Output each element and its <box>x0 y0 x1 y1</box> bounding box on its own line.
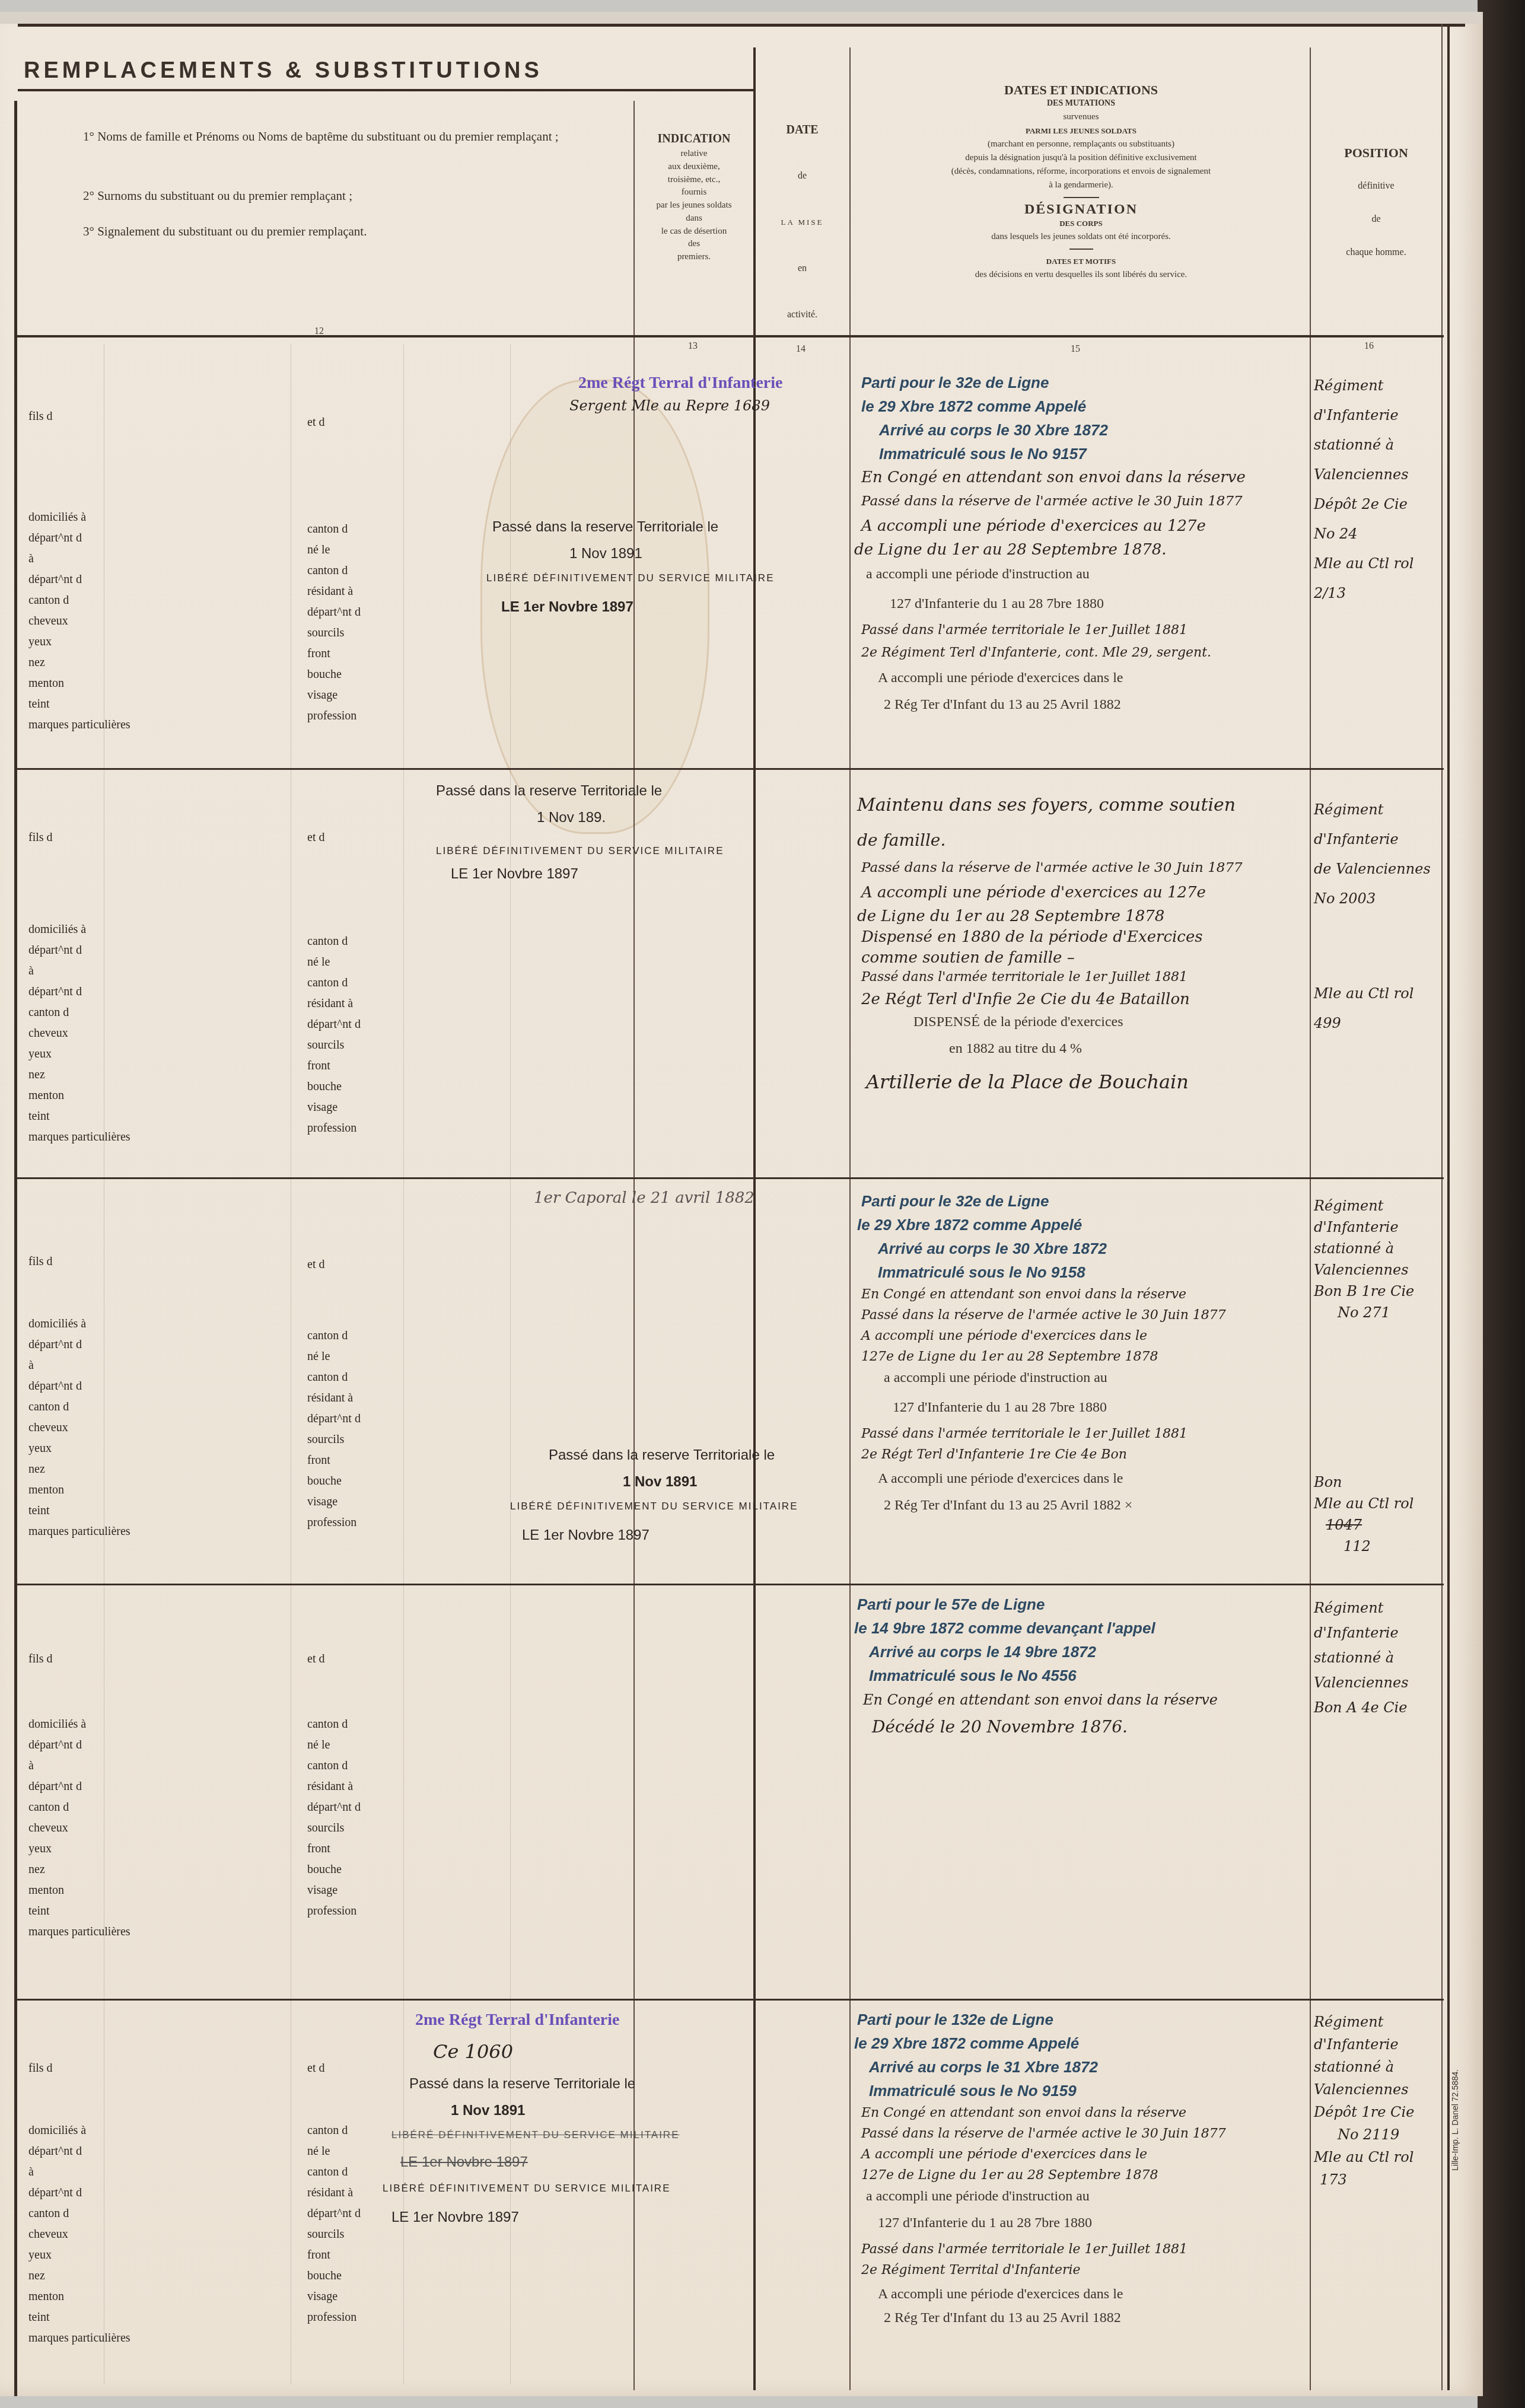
guide-line <box>291 344 291 2384</box>
col13-line: des <box>635 238 753 251</box>
col16-line: de <box>1312 203 1440 236</box>
label-fils: fils d <box>28 406 53 427</box>
position-text: Régimentd'Infanteriestationné àValencien… <box>1314 2011 1414 2191</box>
liberation-date: LE 1er Novbre 1897 <box>501 599 633 616</box>
frame-top <box>18 24 1465 27</box>
column-number: 14 <box>796 344 806 355</box>
row-separator <box>14 1999 1444 2001</box>
handwritten-annotation: Sergent Mle au Repre 1689 <box>569 397 770 414</box>
col13-line: par les jeunes soldats <box>635 199 753 212</box>
col14-title: DATE <box>756 107 848 153</box>
liberation-stamp: LIBÉRÉ DÉFINITIVEMENT DU SERVICE MILITAI… <box>510 1501 798 1512</box>
labels-right: canton dné lecanton drésidant àdépart^nt… <box>307 1326 361 1533</box>
label-et: et d <box>307 412 324 433</box>
liberation-stamp: LIBÉRÉ DÉFINITIVEMENT DU SERVICE MILITAI… <box>383 2183 670 2194</box>
column-number: 13 <box>688 341 698 352</box>
label-et: et d <box>307 827 324 848</box>
col13-line: relative <box>635 148 753 161</box>
position-text: Régimentd'Infanteriede ValenciennesNo 20… <box>1314 795 1431 1038</box>
col15-line: DATES ET MOTIFS <box>854 254 1308 268</box>
labels-right: canton dné lecanton drésidant àdépart^nt… <box>307 2120 361 2328</box>
col12-intro-2: 2° Surnoms du substituant ou du premier … <box>83 187 581 206</box>
liberation-stamp: LIBÉRÉ DÉFINITIVEMENT DU SERVICE MILITAI… <box>486 572 774 584</box>
labels-left: domiciliés àdépart^nt dàdépart^nt dcanto… <box>28 2120 130 2349</box>
liberation-date-struck: LE 1er Novbre 1897 <box>400 2154 528 2171</box>
labels-left: domiciliés àdépart^nt dàdépart^nt dcanto… <box>28 507 130 735</box>
col13-line: dans <box>635 212 753 225</box>
col15-line: DES CORPS <box>854 216 1308 230</box>
dispense-stamp: DISPENSÉ de la période d'exercices <box>913 1014 1123 1030</box>
col12-intro-3: 3° Signalement du substituant ou du prem… <box>83 222 581 241</box>
register-page: REMPLACEMENTS & SUBSTITUTIONS 1° Noms de… <box>0 12 1483 2396</box>
reserve-date: 1 Nov 189. <box>537 810 606 826</box>
frame-right-inner <box>1441 24 1443 2390</box>
reserve-date: 1 Nov 1891 <box>569 546 642 562</box>
label-et: et d <box>307 1649 324 1670</box>
death-note: Décédé le 20 Novembre 1876. <box>872 1717 1128 1737</box>
column-number: 16 <box>1364 341 1374 352</box>
position-text: Régimentd'Infanteriestationné àValencien… <box>1314 371 1413 608</box>
col15-line: à la gendarmerie). <box>854 179 1308 192</box>
reserve-date: 1 Nov 1891 <box>451 2103 525 2119</box>
col14-line: LA MISE <box>756 199 848 246</box>
col13-line: troisième, etc., <box>635 174 753 187</box>
col15-line: depuis la désignation jusqu'à la positio… <box>854 151 1308 165</box>
col13-line: fournis <box>635 186 753 199</box>
reserve-stamp: Passé dans la reserve Territoriale le <box>409 2076 635 2092</box>
col13-line: premiers. <box>635 251 753 264</box>
column-number: 12 <box>314 326 324 337</box>
header-bottom-rule <box>14 335 1444 337</box>
labels-left: domiciliés àdépart^nt dàdépart^nt dcanto… <box>28 1714 130 1942</box>
label-fils: fils d <box>28 827 53 848</box>
reserve-stamp: Passé dans la reserve Territoriale le <box>492 519 718 536</box>
liberation-date: LE 1er Novbre 1897 <box>522 1527 650 1544</box>
col15-header: DATES ET INDICATIONS DES MUTATIONS surve… <box>854 83 1308 282</box>
labels-right: canton dné lecanton drésidant àdépart^nt… <box>307 1714 361 1922</box>
printer-imprint: Lille-Imp. L. Danel 72.5884. <box>1450 2069 1460 2171</box>
col12-intro-1: 1° Noms de famille et Prénoms ou Noms de… <box>83 128 581 146</box>
col14-line: de <box>756 153 848 199</box>
col14-line: activité. <box>756 292 848 338</box>
col15-line: DES MUTATIONS <box>854 97 1308 110</box>
handwritten-annotation: Ce 1060 <box>433 2040 513 2063</box>
col16-line: définitive <box>1312 170 1440 203</box>
labels-left: domiciliés àdépart^nt dàdépart^nt dcanto… <box>28 1314 130 1542</box>
col15-line: survenues <box>854 110 1308 124</box>
labels-left: domiciliés àdépart^nt dàdépart^nt dcanto… <box>28 919 130 1148</box>
page-title: REMPLACEMENTS & SUBSTITUTIONS <box>24 58 543 84</box>
divider-col14-15 <box>849 47 851 2390</box>
frame-right-outer <box>1447 24 1450 2390</box>
col13-header: INDICATION relative aux deuxième, troisi… <box>635 130 753 264</box>
labels-right: canton dné lecanton drésidant àdépart^nt… <box>307 931 361 1139</box>
col13-title: INDICATION <box>635 130 753 148</box>
divider-col15-16 <box>1310 47 1311 2390</box>
row-separator <box>14 768 1444 770</box>
handwritten-annotation: 1er Caporal le 21 avril 1882 <box>534 1189 754 1207</box>
reserve-stamp: Passé dans la reserve Territoriale le <box>549 1447 775 1464</box>
guide-line <box>403 344 404 2384</box>
col14-header: DATE de LA MISE en activité. <box>756 107 848 338</box>
liberation-stamp-struck: LIBÉRÉ DÉFINITIVEMENT DU SERVICE MILITAI… <box>391 2129 679 2141</box>
col15-line: (décès, condamnations, réforme, incorpor… <box>854 165 1308 179</box>
col16-title: POSITION <box>1312 136 1440 170</box>
reserve-stamp: Passé dans la reserve Territoriale le <box>436 783 662 800</box>
row-separator <box>14 1177 1444 1179</box>
col15-title: DATES ET INDICATIONS <box>854 83 1308 97</box>
row-separator <box>14 1584 1444 1585</box>
labels-right: canton dné lecanton drésidant àdépart^nt… <box>307 519 361 727</box>
col13-line: le cas de désertion <box>635 225 753 238</box>
position-text: Régimentd'Infanteriestationné àValencien… <box>1314 1195 1414 1557</box>
label-fils: fils d <box>28 2058 53 2079</box>
position-text: Régimentd'Infanteriestationné àValencien… <box>1314 1595 1409 1720</box>
book-spine <box>1478 0 1525 2408</box>
col16-line: chaque homme. <box>1312 236 1440 269</box>
frame-left <box>14 101 17 2396</box>
label-fils: fils d <box>28 1251 53 1272</box>
col13-line: aux deuxième, <box>635 161 753 174</box>
col15-line: PARMI LES JEUNES SOLDATS <box>854 124 1308 138</box>
liberation-stamp: LIBÉRÉ DÉFINITIVEMENT DU SERVICE MILITAI… <box>436 845 724 857</box>
regiment-stamp: 2me Régt Terral d'Infanterie <box>578 374 783 393</box>
liberation-date: LE 1er Novbre 1897 <box>451 866 578 883</box>
divider-col12-13 <box>633 101 635 2390</box>
title-underline <box>18 89 753 91</box>
label-fils: fils d <box>28 1649 53 1670</box>
col15-line: dans lesquels les jeunes soldats ont été… <box>854 230 1308 244</box>
liberation-date: LE 1er Novbre 1897 <box>391 2209 519 2226</box>
col15-designation: DÉSIGNATION <box>854 203 1308 216</box>
col15-line: des décisions en vertu desquelles ils so… <box>854 268 1308 282</box>
column-number: 15 <box>1071 344 1080 355</box>
regiment-stamp: 2me Régt Terral d'Infanterie <box>415 2011 620 2030</box>
label-et: et d <box>307 1254 324 1275</box>
label-et: et d <box>307 2058 324 2079</box>
col16-header: POSITION définitive de chaque homme. <box>1312 136 1440 269</box>
col14-line: en <box>756 246 848 292</box>
col15-line: (marchant en personne, remplaçants ou su… <box>854 138 1308 151</box>
reserve-date: 1 Nov 1891 <box>623 1474 697 1490</box>
page-top-edge <box>0 12 1483 24</box>
